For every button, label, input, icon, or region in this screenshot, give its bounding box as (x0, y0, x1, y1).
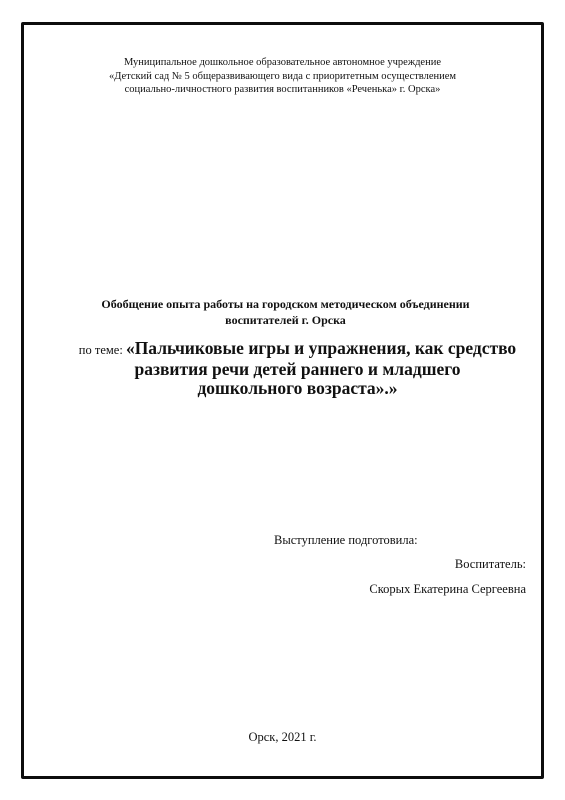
author-role: Воспитатель: (455, 557, 526, 572)
topic-line-3: дошкольного возраста».» (64, 379, 531, 398)
page-border: Муниципальное дошкольное образовательное… (21, 22, 544, 779)
organization-line-2: «Детский сад № 5 общеразвивающего вида с… (24, 70, 541, 84)
prepared-by-label: Выступление подготовила: (274, 533, 418, 548)
topic-line-2: развития речи детей раннего и младшего (64, 360, 531, 379)
organization-line-3: социально-личностного развития воспитанн… (24, 83, 541, 97)
report-title-line-1: Обобщение опыта работы на городском мето… (30, 296, 541, 312)
report-title: Обобщение опыта работы на городском мето… (30, 296, 541, 328)
footer-place-year: Орск, 2021 г. (24, 730, 541, 745)
topic-title: по теме: «Пальчиковые игры и упражнения,… (64, 339, 531, 398)
organization-line-1: Муниципальное дошкольное образовательное… (24, 56, 541, 70)
report-title-line-2: воспитателей г. Орска (30, 312, 541, 328)
author-name: Скорых Екатерина Сергеевна (369, 582, 526, 597)
organization-header: Муниципальное дошкольное образовательное… (24, 56, 541, 97)
topic-line-1: «Пальчиковые игры и упражнения, как сред… (126, 338, 516, 358)
topic-prefix: по теме: (79, 343, 126, 357)
